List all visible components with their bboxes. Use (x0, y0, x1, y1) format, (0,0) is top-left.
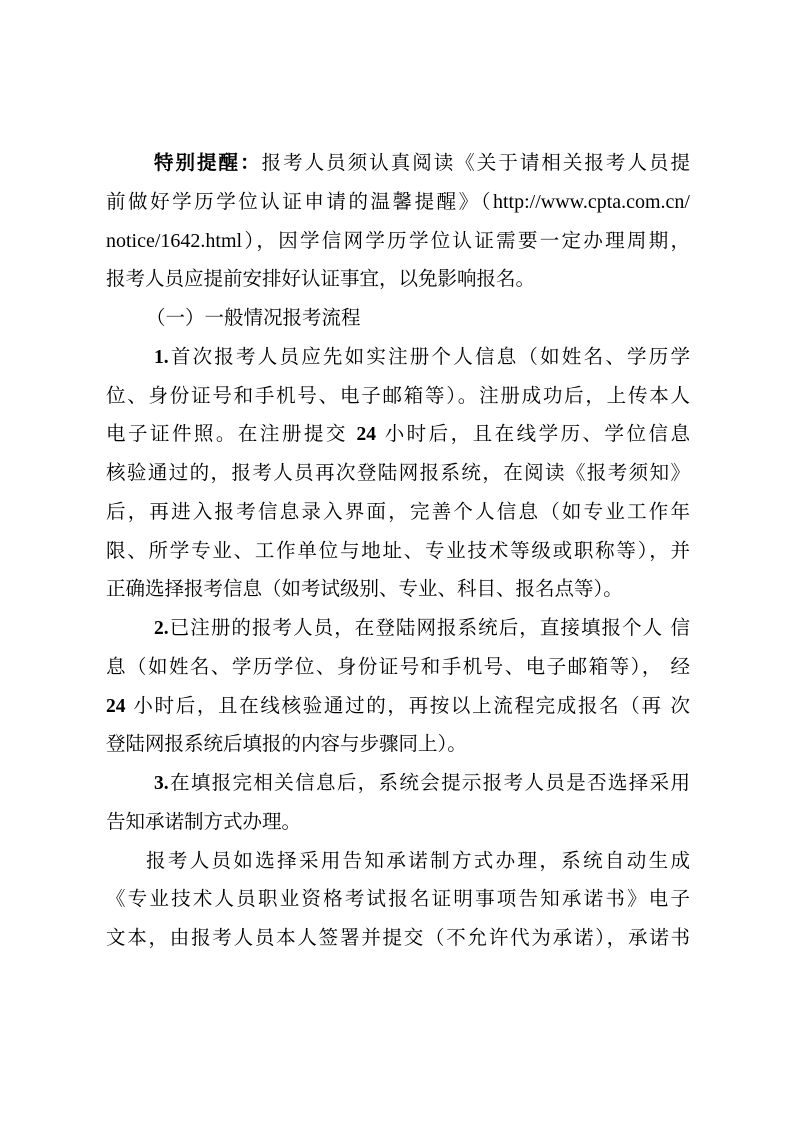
para4-line-2: 《专业技术人员职业资格考试报名证明事项告知承诺书》电子 (106, 880, 690, 919)
item2-number: 2. (154, 618, 169, 639)
item2-hours: 24 (106, 696, 126, 717)
item1-line-6: 限、所学专业、工作单位与地址、专业技术等级或职称等），并 (106, 532, 690, 571)
item1-line-4: 核验通过的，报考人员再次登陆网报系统，在阅读《报考须知》 (106, 454, 690, 493)
para4-line-3: 文本，由报考人员本人签署并提交（不允许代为承诺），承诺书 (106, 919, 690, 958)
item1-line-1: 1.首次报考人员应先如实注册个人信息（如姓名、学历学 (106, 338, 690, 377)
notice-line-2: 前做好学历学位认证申请的温馨提醒》（http://www.cpta.com.cn… (106, 183, 690, 222)
item1-hours: 24 (357, 424, 377, 445)
notice-line-1: 特别提醒：报考人员须认真阅读《关于请相关报考人员提 (106, 144, 690, 183)
item2-line-4: 登陆网报系统后填报的内容与步骤同上）。 (106, 725, 690, 764)
item3-line-1: 3.在填报完相关信息后，系统会提示报考人员是否选择采用 (106, 764, 690, 803)
item1-line-2: 位、身份证号和手机号、电子邮箱等）。注册成功后，上传本人 (106, 377, 690, 416)
item2-line-1: 2.已注册的报考人员，在登陆网报系统后，直接填报个人 信 (106, 609, 690, 648)
item1-line-3: 电子证件照。在注册提交 24 小时后，且在线学历、学位信息 (106, 415, 690, 454)
notice-url-part1[interactable]: http://www.cpta.com.cn/ (493, 191, 690, 213)
document-page: 特别提醒：报考人员须认真阅读《关于请相关报考人员提 前做好学历学位认证申请的温馨… (106, 144, 690, 958)
item1-line-5: 后，再进入报考信息录入界面，完善个人信息（如专业工作年 (106, 493, 690, 532)
item3-line-2: 告知承诺制方式办理。 (106, 803, 690, 842)
notice-label: 特别提醒： (154, 151, 262, 174)
item2-line-3: 24 小时后，且在线核验通过的，再按以上流程完成报名（再 次 (106, 687, 690, 726)
item1-number: 1. (154, 347, 169, 368)
item3-number: 3. (154, 773, 169, 794)
notice-url-part2[interactable]: notice/1642.html (106, 230, 242, 252)
item2-line-2: 息（如姓名、学历学位、身份证号和手机号、电子邮箱等）， 经 (106, 648, 690, 687)
notice-line-3: notice/1642.html），因学信网学历学位认证需要一定办理周期， (106, 222, 690, 261)
notice-line-4: 报考人员应提前安排好认证事宜，以免影响报名。 (106, 260, 690, 299)
item1-line-7: 正确选择报考信息（如考试级别、专业、科目、报名点等）。 (106, 570, 690, 609)
para4-line-1: 报考人员如选择采用告知承诺制方式办理，系统自动生成 (106, 842, 690, 881)
section-heading: （一）一般情况报考流程 (106, 299, 690, 338)
